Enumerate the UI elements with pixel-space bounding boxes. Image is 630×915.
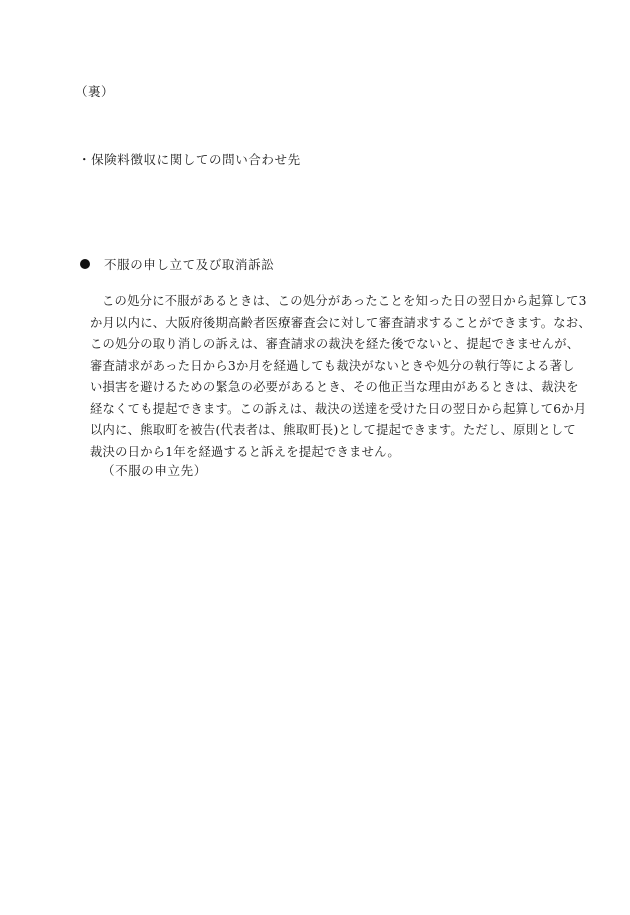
body-line: 裁決の日から1年を経過すると訴えを提起できません。	[90, 442, 552, 464]
appeal-destination-label: （不服の申立先）	[102, 461, 207, 479]
body-line: 以内に、熊取町を被告(代表者は、熊取町長)として提起できます。ただし、原則として	[90, 420, 552, 442]
body-line: い損害を避けるための緊急の必要があるとき、その他正当な理由があるときは、裁決を	[90, 377, 552, 399]
contact-heading: ・保険料徴収に関しての問い合わせ先	[78, 150, 301, 168]
bullet-circle-icon	[80, 259, 90, 269]
appeal-section-title: 不服の申し立て及び取消訴訟	[104, 255, 274, 273]
body-line: か月以内に、大阪府後期高齢者医療審査会に対して審査請求することができます。なお、	[90, 313, 552, 335]
document-page: （裏） ・保険料徴収に関しての問い合わせ先 不服の申し立て及び取消訴訟 この処分…	[0, 0, 630, 915]
appeal-section-heading: 不服の申し立て及び取消訴訟	[80, 255, 274, 273]
back-side-label: （裏）	[75, 82, 114, 100]
body-line: 経なくても提起できます。この訴えは、裁決の送達を受けた日の翌日から起算して6か月	[90, 399, 552, 421]
body-line: この処分の取り消しの訴えは、審査請求の裁決を経た後でないと、提起できませんが、	[90, 334, 552, 356]
appeal-body-paragraph: この処分に不服があるときは、この処分があったことを知った日の翌日から起算して3 …	[90, 291, 552, 463]
body-line: 審査請求があった日から3か月を経過しても裁決がないときや処分の執行等による著し	[90, 356, 552, 378]
body-line: この処分に不服があるときは、この処分があったことを知った日の翌日から起算して3	[90, 291, 552, 313]
